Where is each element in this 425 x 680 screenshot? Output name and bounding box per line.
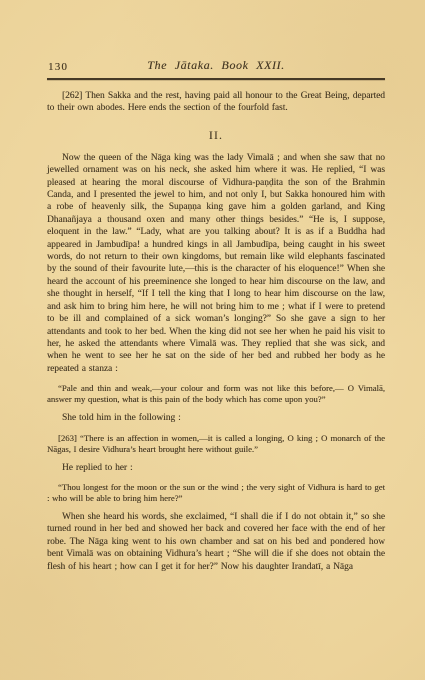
paragraph-262: [262] Then Sakka and the rest, having pa… bbox=[47, 90, 385, 115]
page-header: 130 The Jātaka. Book XXII. bbox=[47, 57, 385, 73]
stanza-263: [263] “There is an affection in women,—i… bbox=[47, 433, 385, 455]
page-body: [262] Then Sakka and the rest, having pa… bbox=[47, 90, 385, 573]
section-heading: II. bbox=[47, 130, 385, 142]
stanza-pale-and-thin: “Pale and thin and weak,—your colour and… bbox=[47, 383, 385, 405]
line-he-replied: He replied to her : bbox=[47, 462, 385, 474]
header-rule bbox=[47, 78, 385, 80]
running-title: The Jātaka. Book XXII. bbox=[47, 58, 385, 73]
paragraph-main: Now the queen of the Nāga king was the l… bbox=[47, 152, 385, 375]
paragraph-final: When she heard his words, she exclaimed,… bbox=[47, 511, 385, 573]
stanza-thou-longest: “Thou longest for the moon or the sun or… bbox=[47, 482, 385, 504]
book-page: 130 The Jātaka. Book XXII. [262] Then Sa… bbox=[0, 0, 425, 680]
line-she-told: She told him in the following : bbox=[47, 412, 385, 424]
